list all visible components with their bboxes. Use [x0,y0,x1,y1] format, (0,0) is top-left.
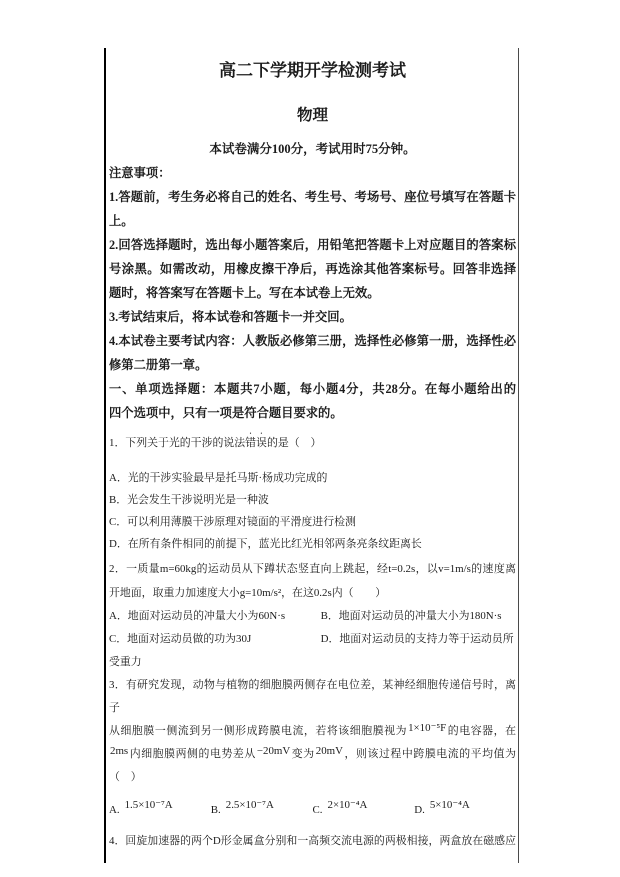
stem-text: 内细胞膜两侧的电势差从 [129,748,256,760]
section-heading-line: 四个选项中，只有一项是符合题目要求的。 [109,401,516,425]
option-c: C.2×10⁻⁴A [313,800,415,820]
option-label: A. [109,804,120,816]
capacitance-formula: 1×10⁻⁵F [407,722,447,734]
exam-info: 本试卷满分100分，考试用时75分钟。 [109,139,516,159]
stem-line: 2．一质量m=60kg的运动员从下蹲状态竖直向上跳起，经t=0.2s，以v=1m… [109,557,516,581]
question-1: 1．下列关于光的干涉的说法错误的是（ ） A．光的干涉实验最早是托马斯·杨成功完… [109,432,516,555]
question-4: 4．回旋加速器的两个D形金属盒分别和一高频交流电源的两极相接，两盒放在磁感应 [109,830,516,853]
question-2: 2．一质量m=60kg的运动员从下蹲状态竖直向上跳起，经t=0.2s，以v=1m… [109,557,516,674]
section-heading-line: 一、单项选择题：本题共7小题，每小题4分，共28分。在每小题给出的 [109,377,516,401]
notice-2: 2.回答选择题时，选出每小题答案后，用铅笔把答题卡上对应题目的答案标 号涂黑。如… [109,233,516,305]
option-value: 5×10⁻⁴A [430,799,470,811]
question-1-options: A．光的干涉实验最早是托马斯·杨成功完成的 B．光会发生干涉说明光是一种波 C．… [109,467,516,555]
stem-text: 1．下列关于光的干涉的说法 [109,437,245,449]
answer-bracket: （ ） [109,766,516,789]
time-formula: 2ms [109,745,129,757]
option-b: B.2.5×10⁻⁷A [211,800,313,820]
option-c: C．地面对运动员做的功为30J [109,628,321,651]
notice-1: 1.答题前，考生务必将自己的姓名、考生号、考场号、座位号填写在答题卡 上。 [109,185,516,233]
option-value: 2.5×10⁻⁷A [226,799,274,811]
notice-line: 1.答题前，考生务必将自己的姓名、考生号、考场号、座位号填写在答题卡 [109,185,516,209]
option-a: A．光的干涉实验最早是托马斯·杨成功完成的 [109,467,516,489]
stem-line: 2ms内细胞膜两侧的电势差从−20mV变为20mV，则该过程中跨膜电流的平均值为 [109,743,516,766]
option-label: D. [414,804,425,816]
notice-3: 3.考试结束后，将本试卷和答题卡一并交回。 [109,305,516,329]
questions-section: 1．下列关于光的干涉的说法错误的是（ ） A．光的干涉实验最早是托马斯·杨成功完… [109,432,516,853]
stem-text: ，则该过程中跨膜电流的平均值为 [344,748,516,760]
stem-line: 从细胞膜一侧流到另一侧形成跨膜电流，若将该细胞膜视为1×10⁻⁵F的电容器，在 [109,720,516,743]
question-2-options: A．地面对运动员的冲量大小为60N·s B．地面对运动员的冲量大小为180N·s… [109,605,516,651]
exam-title: 高二下学期开学检测考试 [109,59,516,83]
question-3-options: A.1.5×10⁻⁷A B.2.5×10⁻⁷A C.2×10⁻⁴A D.5×10… [109,794,516,820]
option-label: B. [211,804,221,816]
stem-text: 的电容器，在 [447,725,516,737]
question-4-stem: 4．回旋加速器的两个D形金属盒分别和一高频交流电源的两极相接，两盒放在磁感应 [109,830,516,853]
subject-title: 物理 [109,105,516,127]
stem-line: 3．有研究发现，动物与植物的细胞膜两侧存在电位差，某神经细胞传递信号时，离子 [109,674,516,720]
option-d: D.5×10⁻⁴A [414,800,516,820]
notice-line: 3.考试结束后，将本试卷和答题卡一并交回。 [109,305,516,329]
option-value: 2×10⁻⁴A [328,799,368,811]
option-label: C. [313,804,323,816]
option-b: B．地面对运动员的冲量大小为180N·s [321,605,516,628]
notice-line: 修第二册第一章。 [109,353,516,377]
stem-text: 从细胞膜一侧流到另一侧形成跨膜电流，若将该细胞膜视为 [109,725,407,737]
option-d-continuation: 受重力 [109,651,516,674]
notice-line: 上。 [109,209,516,233]
notices-section: 注意事项： 1.答题前，考生务必将自己的姓名、考生号、考场号、座位号填写在答题卡… [109,161,516,425]
question-3: 3．有研究发现，动物与植物的细胞膜两侧存在电位差，某神经细胞传递信号时，离子 从… [109,674,516,820]
notice-heading: 注意事项： [109,161,516,185]
voltage-formula: 20mV [315,745,344,757]
option-a: A.1.5×10⁻⁷A [109,800,211,820]
option-b: B．光会发生干涉说明光是一种波 [109,489,516,511]
option-d: D．地面对运动员的支持力等于运动员所 [321,628,516,651]
option-c: C．可以利用薄膜干涉原理对镜面的平滑度进行检测 [109,511,516,533]
option-a: A．地面对运动员的冲量大小为60N·s [109,605,321,628]
notice-line: 2.回答选择题时，选出每小题答案后，用铅笔把答题卡上对应题目的答案标 [109,233,516,257]
stem-text: 的是（ ） [267,437,321,449]
notice-line: 题时，将答案写在答题卡上。写在本试卷上无效。 [109,281,516,305]
question-1-stem: 1．下列关于光的干涉的说法错误的是（ ） [109,432,516,455]
question-2-stem: 2．一质量m=60kg的运动员从下蹲状态竖直向上跳起，经t=0.2s，以v=1m… [109,557,516,605]
notice-line: 4.本试卷主要考试内容：人教版必修第三册，选择性必修第一册，选择性必 [109,329,516,353]
stem-text: 变为 [291,748,315,760]
stem-line: 开地面，取重力加速度大小g=10m/s²，在这0.2s内（ ） [109,581,516,605]
option-value: 1.5×10⁻⁷A [125,799,173,811]
stem-emphasis: 错误 [245,437,267,449]
exam-sheet: 高二下学期开学检测考试 物理 本试卷满分100分，考试用时75分钟。 注意事项：… [104,48,519,863]
voltage-formula: −20mV [256,745,291,757]
notice-line: 号涂黑。如需改动，用橡皮擦干净后，再选涂其他答案标号。回答非选择 [109,257,516,281]
option-d: D．在所有条件相同的前提下，蓝光比红光相邻两条亮条纹距离长 [109,533,516,555]
notice-4: 4.本试卷主要考试内容：人教版必修第三册，选择性必修第一册，选择性必 修第二册第… [109,329,516,377]
question-3-stem: 3．有研究发现，动物与植物的细胞膜两侧存在电位差，某神经细胞传递信号时，离子 从… [109,674,516,789]
section-heading: 一、单项选择题：本题共7小题，每小题4分，共28分。在每小题给出的 四个选项中，… [109,377,516,425]
